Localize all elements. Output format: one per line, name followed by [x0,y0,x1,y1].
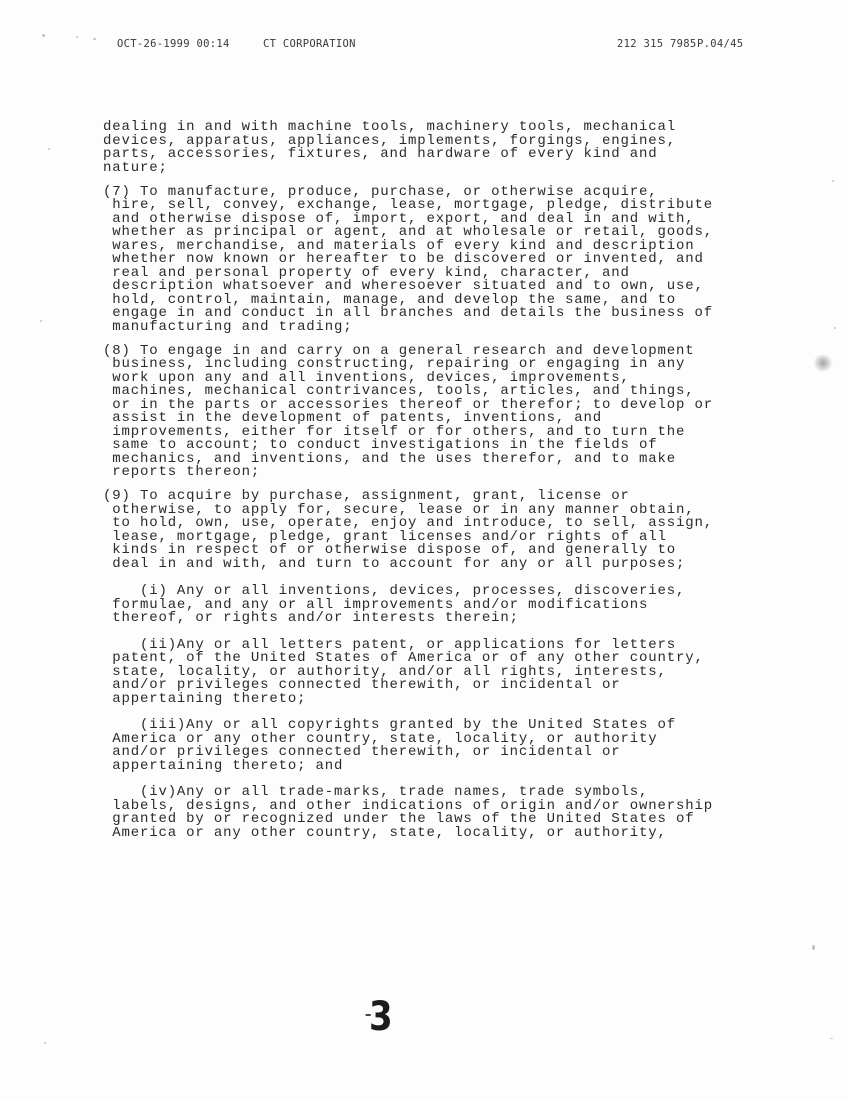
clause-7: (7) To manufacture, produce, purchase, o… [103,186,803,335]
scan-speck [40,320,42,322]
text-line: thereof, or rights and/or interests ther… [103,612,803,626]
text-line: manufacturing and trading; [103,321,803,335]
scan-speck [76,36,78,38]
page-number: 3 [369,994,392,1040]
clause-9-sub-ii: (ii)Any or all letters patent, or applic… [103,639,803,707]
paragraph-continuation: dealing in and with machine tools, machi… [103,121,803,175]
fax-sender: CT CORPORATION [263,38,356,50]
text-line: reports thereon; [103,466,803,480]
clause-8: (8) To engage in and carry on a general … [103,345,803,480]
scan-speck [830,1038,833,1039]
document-body: dealing in and with machine tools, machi… [103,121,803,853]
scan-speck [48,148,50,150]
clause-9-sub-iv: (iv)Any or all trade-marks, trade names,… [103,786,803,840]
text-line: nature; [103,162,803,176]
scan-speck [44,1042,46,1044]
text-line: parts, accessories, fixtures, and hardwa… [103,148,803,162]
text-line: deal in and with, and turn to account fo… [103,558,803,572]
clause-9-sub-iii: (iii)Any or all copyrights granted by th… [103,719,803,773]
clause-9: (9) To acquire by purchase, assignment, … [103,490,803,571]
clause-9-sub-i: (i) Any or all inventions, devices, proc… [103,585,803,626]
text-line: appertaining thereto; and [103,760,803,774]
fax-phone-number: 212 315 7985 [617,38,696,50]
scan-speck [812,945,815,950]
fax-page-indicator: P.04/45 [697,38,743,50]
scan-speck [832,180,834,182]
scan-speck [42,34,45,37]
fax-date-time: OCT-26-1999 00:14 [117,38,230,50]
text-line: appertaining thereto; [103,693,803,707]
scan-speck [93,38,96,40]
scan-speck [834,327,836,329]
fax-transmission-header: OCT-26-1999 00:14 CT CORPORATION 212 315… [0,38,849,54]
text-line: America or any other country, state, loc… [103,827,803,841]
scan-smudge [812,355,834,371]
